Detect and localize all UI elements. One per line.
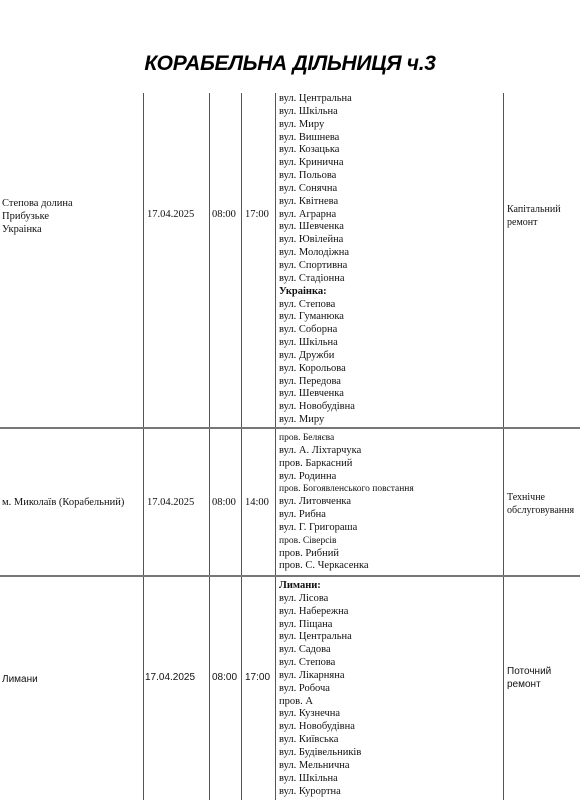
work-type-cell: Технічне обслуговування — [507, 491, 574, 517]
street-item: вул. Степова — [279, 299, 355, 312]
street-item: вул. Литовченка — [279, 496, 414, 509]
street-item: вул. Козацька — [279, 144, 355, 157]
date-cell: 17.04.2025 — [147, 496, 194, 509]
locality-name: Прибузьке — [2, 210, 73, 223]
work-type-text: обслуговування — [507, 504, 574, 517]
street-item: вул. Кринична — [279, 157, 355, 170]
street-item: вул. Миру — [279, 119, 355, 132]
column-divider — [143, 93, 144, 800]
street-item: вул. Садова — [279, 644, 361, 657]
page-title: КОРАБЕЛЬНА ДІЛЬНИЦЯ ч.3 — [0, 52, 580, 76]
street-item: вул. Центральна — [279, 631, 361, 644]
street-item: вул. Дружби — [279, 350, 355, 363]
street-item: вул. Родинна — [279, 471, 414, 484]
start-time-cell: 08:00 — [212, 671, 237, 684]
street-item: вул. Соборна — [279, 324, 355, 337]
streets-cell: Лимани:вул. Лісовавул. Набережнавул. Піщ… — [279, 580, 361, 798]
street-item: пров. Сіверсів — [279, 535, 414, 548]
street-item: вул. Г. Григораша — [279, 522, 414, 535]
street-item: вул. Робоча — [279, 683, 361, 696]
street-item: вул. Польова — [279, 170, 355, 183]
street-item: вул. Шкільна — [279, 106, 355, 119]
street-item: вул. Миру — [279, 414, 355, 427]
locality-cell: Степова долина Прибузьке Украінка — [2, 197, 73, 236]
locality-cell: Лимани — [2, 673, 38, 686]
street-item: вул. Шкільна — [279, 337, 355, 350]
street-item: вул. Центральна — [279, 93, 355, 106]
street-item: вул. Молодіжна — [279, 247, 355, 260]
street-item: вул. Аграрна — [279, 209, 355, 222]
start-time-cell: 08:00 — [212, 208, 236, 221]
street-item: вул. Кузнечна — [279, 708, 361, 721]
work-type-text: Капітальний — [507, 203, 561, 216]
street-item: вул. Шевченка — [279, 221, 355, 234]
streets-cell: вул. Центральнавул. Шкільнавул. Мирувул.… — [279, 93, 355, 427]
street-item: вул. Курортна — [279, 786, 361, 799]
street-item: пров. Рибний — [279, 548, 414, 561]
street-item: вул. Спортивна — [279, 260, 355, 273]
column-divider — [209, 93, 210, 800]
street-item: вул. Піщана — [279, 619, 361, 632]
street-item: вул. Київська — [279, 734, 361, 747]
streets-cell: пров. Беляєвавул. А. Ліхтарчукапров. Бар… — [279, 432, 414, 573]
street-item: вул. Шкільна — [279, 773, 361, 786]
end-time-cell: 17:00 — [245, 208, 269, 221]
work-type-cell: Капітальний ремонт — [507, 203, 561, 229]
locality-name: Украінка — [2, 223, 73, 236]
street-item: вул. Сонячна — [279, 183, 355, 196]
column-divider — [275, 93, 276, 800]
street-item: вул. Степова — [279, 657, 361, 670]
street-item: вул. Лісова — [279, 593, 361, 606]
row-divider — [0, 427, 580, 429]
settlement-heading: Украінка: — [279, 286, 355, 299]
street-item: вул. Будівельників — [279, 747, 361, 760]
column-divider — [241, 93, 242, 800]
street-item: вул. Ювілейна — [279, 234, 355, 247]
work-type-cell: Поточний ремонт — [507, 665, 551, 691]
column-divider — [503, 93, 504, 800]
end-time-cell: 17:00 — [245, 671, 270, 684]
street-item: вул. Стадіонна — [279, 273, 355, 286]
street-item: вул. А. Ліхтарчука — [279, 445, 414, 458]
street-item: вул. Вишнева — [279, 132, 355, 145]
street-item: пров. Баркасний — [279, 458, 414, 471]
locality-name: Лимани — [2, 673, 38, 686]
row-divider — [0, 575, 580, 577]
street-item: вул. Гуманюка — [279, 311, 355, 324]
street-item: вул. Новобудівна — [279, 721, 361, 734]
street-item: вул. Лікарняна — [279, 670, 361, 683]
date-cell: 17.04.2025 — [145, 671, 195, 684]
end-time-cell: 14:00 — [245, 496, 269, 509]
locality-name: м. Миколаїв (Корабельний) — [2, 496, 124, 509]
street-item: вул. Квітнева — [279, 196, 355, 209]
street-item: вул. Мельнична — [279, 760, 361, 773]
street-item: пров. Беляєва — [279, 432, 414, 445]
work-type-text: Поточний — [507, 665, 551, 678]
locality-name: Степова долина — [2, 197, 73, 210]
street-item: вул. Новобудівна — [279, 401, 355, 414]
street-item: пров. А — [279, 696, 361, 709]
work-type-text: ремонт — [507, 678, 551, 691]
work-type-text: ремонт — [507, 216, 561, 229]
settlement-heading: Лимани: — [279, 580, 361, 593]
work-type-text: Технічне — [507, 491, 574, 504]
start-time-cell: 08:00 — [212, 496, 236, 509]
street-item: пров. С. Черкасенка — [279, 560, 414, 573]
street-item: вул. Шевченка — [279, 388, 355, 401]
street-item: пров. Богоявленського повстання — [279, 483, 414, 496]
date-cell: 17.04.2025 — [147, 208, 194, 221]
street-item: вул. Передова — [279, 376, 355, 389]
street-item: вул. Корольова — [279, 363, 355, 376]
street-item: вул. Набережна — [279, 606, 361, 619]
street-item: вул. Рибна — [279, 509, 414, 522]
locality-cell: м. Миколаїв (Корабельний) — [2, 496, 124, 509]
